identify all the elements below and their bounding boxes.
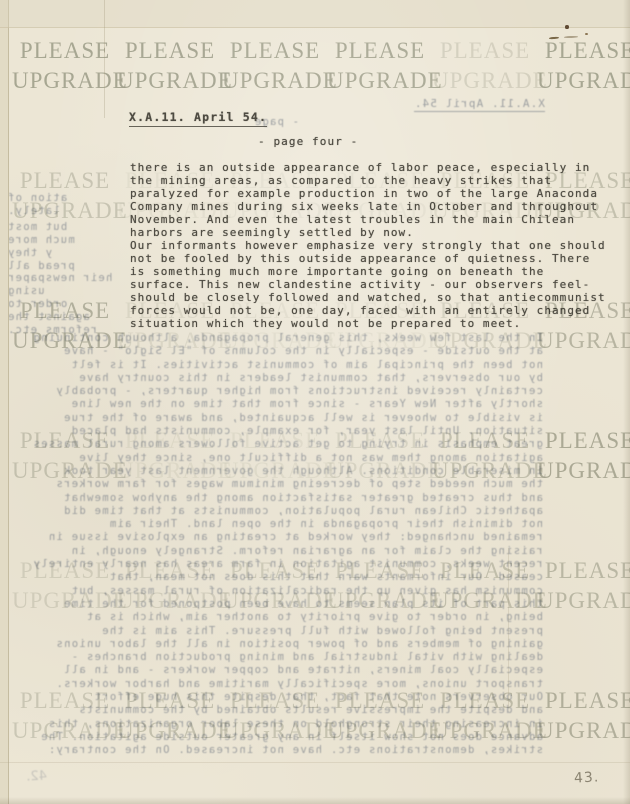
typed-line: paralyzed for example production in two … [130,187,606,200]
typed-body: there is an outside appearance of labor … [130,161,606,330]
typed-line: Company mines during six weeks late in O… [130,200,606,213]
handwritten-page-number: 43. [574,769,600,786]
typed-line: situation which they would not be prepar… [130,317,606,330]
typed-line: Our informants however emphasize very st… [130,239,606,252]
typed-layer: X.A.11. April 54. - page four - there is… [0,0,630,804]
document-reference: X.A.11. April 54. [129,110,267,127]
document-page: X.A.11. April 54. - page ation oflately.… [0,0,630,804]
typed-line: forces would not be, one day, faced with… [130,304,606,317]
typed-line: should be closely followed and watched, … [130,291,606,304]
typed-line: surface. This new clandestine activity -… [130,278,606,291]
typed-line: not be fooled by this outside appearance… [130,252,606,265]
page-title: - page four - [258,135,358,148]
typed-line: harbors are seemingly settled by now. [130,226,606,239]
typed-line: November. And even the latest troubles i… [130,213,606,226]
typed-line: the mining areas, as compared to the hea… [130,174,606,187]
typed-line: there is an outside appearance of labor … [130,161,606,174]
typed-line: is something much more importante going … [130,265,606,278]
scanned-document: { "colors": { "paper": "#ece6d5", "typed… [0,0,630,804]
